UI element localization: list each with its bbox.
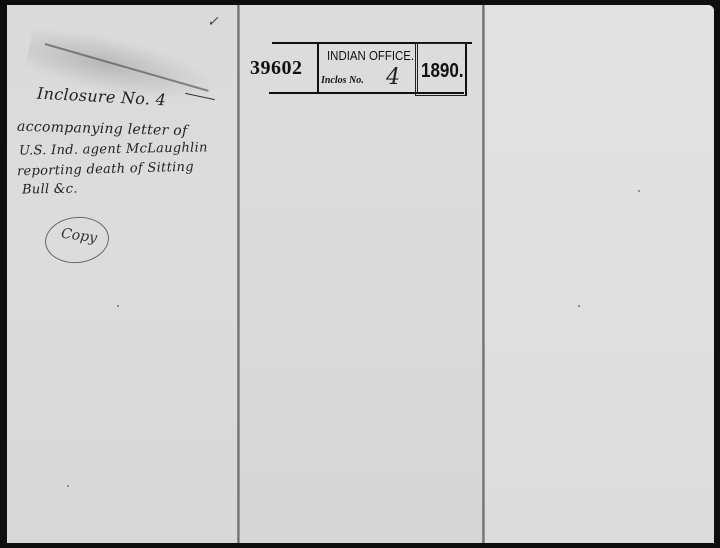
stamp-year: 1890. [421,60,464,83]
document-paper: ✓ Inclosure No. 4 accompanying letter of… [7,5,714,543]
handwritten-line: Bull &c. [22,182,78,198]
left-panel: ✓ Inclosure No. 4 accompanying letter of… [7,5,238,543]
handwritten-line: reporting death of Sitting [17,160,194,180]
fold-line [482,5,485,543]
speck [67,485,69,487]
right-panel [483,5,714,543]
stamp-file-number: 39602 [250,57,303,80]
speck [117,305,119,307]
handwritten-line: accompanying letter of [17,119,188,139]
fold-line [237,5,240,543]
stamp-inclos-value: 4 [386,65,400,90]
stamp-office-label: INDIAN OFFICE. [327,48,414,63]
check-mark-icon: ✓ [207,14,219,30]
speck [638,190,640,192]
handwritten-line: U.S. Ind. agent McLaughlin [19,140,208,158]
speck [578,305,580,307]
stamp-inclos-label: Inclos No. [321,75,364,86]
